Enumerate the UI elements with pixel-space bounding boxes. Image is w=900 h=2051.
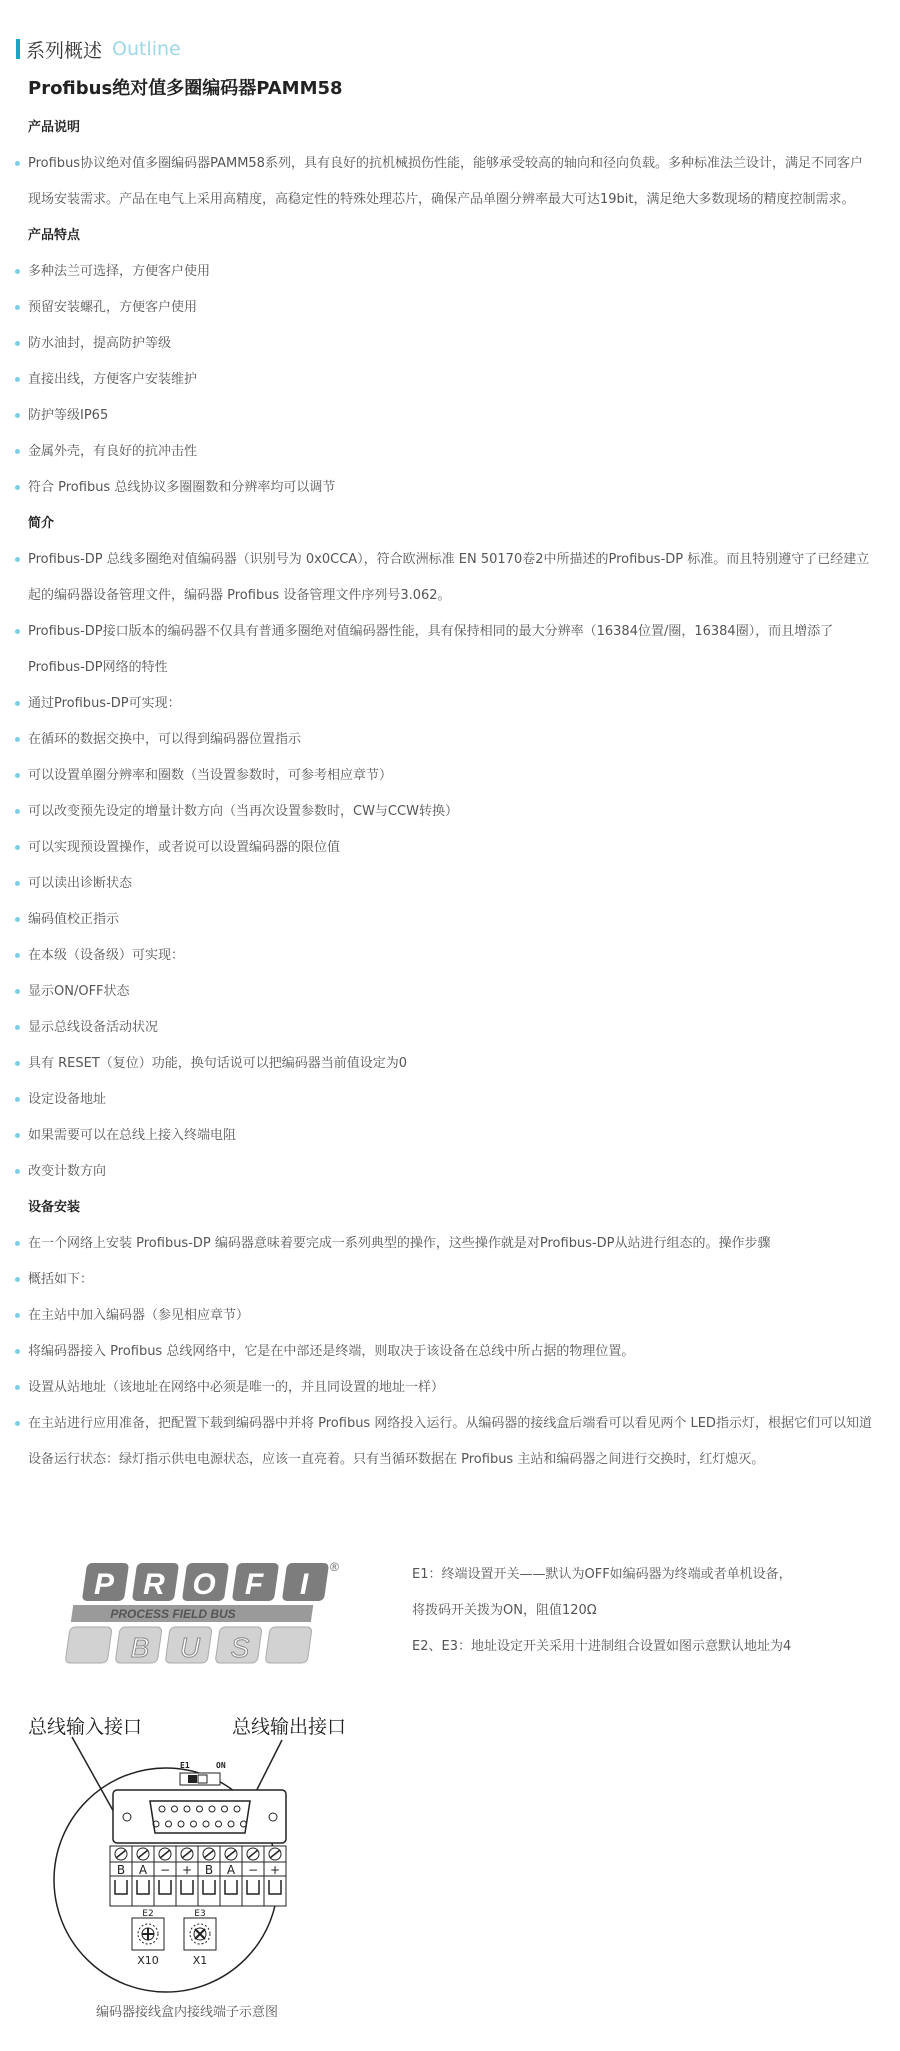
wiring-diagram: 总线输入接口 总线输出接口 E1 ON BA−+BA−+ E2X10E3X1 — [20, 1705, 360, 2005]
switch-notes: E1：终端设置开关——默认为OFF如编码器为终端或者单机设备，将拨码开关拨为ON… — [412, 1557, 882, 1665]
content-body: 产品说明Profibus协议绝对值多圈编码器PAMM58系列，具有良好的抗机械损… — [0, 110, 900, 1478]
bullet-icon — [15, 701, 20, 706]
svg-text:A: A — [139, 1863, 148, 1877]
svg-text:I: I — [300, 1568, 309, 1601]
svg-text:R: R — [143, 1568, 165, 1601]
bullet-icon — [15, 809, 20, 814]
bullet-icon — [15, 629, 20, 634]
list-item-text: 在循环的数据交换中，可以得到编码器位置指示 — [28, 732, 301, 747]
list-item-text: 显示总线设备活动状况 — [28, 1020, 158, 1035]
list-item: 通过Profibus-DP可实现： — [0, 686, 900, 722]
list-item-text: 防水油封，提高防护等级 — [28, 336, 171, 351]
svg-text:PROCESS FIELD BUS: PROCESS FIELD BUS — [110, 1607, 235, 1621]
section-header: 系列概述 Outline — [16, 36, 181, 62]
list-item: 在循环的数据交换中，可以得到编码器位置指示 — [0, 722, 900, 758]
bullet-icon — [15, 1277, 20, 1282]
bullet-icon — [15, 737, 20, 742]
diagram-caption: 编码器接线盒内接线端子示意图 — [96, 2001, 278, 2020]
bullet-icon — [15, 305, 20, 310]
list-item: 多种法兰可选择，方便客户使用 — [0, 254, 900, 290]
bullet-icon — [15, 1025, 20, 1030]
svg-text:−: − — [160, 1863, 170, 1877]
list-item-text: 将编码器接入 Profibus 总线网络中，它是在中部还是终端，则取决于该设备在… — [28, 1344, 634, 1359]
list-item: 设定设备地址 — [0, 1082, 900, 1118]
section-heading: 产品说明 — [0, 110, 900, 146]
list-item: 符合 Profibus 总线协议多圈圈数和分辨率均可以调节 — [0, 470, 900, 506]
bullet-icon — [15, 953, 20, 958]
list-item-text: 金属外壳，有良好的抗冲击性 — [28, 444, 197, 459]
list-item: 可以设置单圈分辨率和圈数（当设置参数时，可参考相应章节） — [0, 758, 900, 794]
list-item-text: 编码值校正指示 — [28, 912, 119, 927]
section-heading: 设备安装 — [0, 1190, 900, 1226]
bullet-icon — [15, 1169, 20, 1174]
list-item: 显示总线设备活动状况 — [0, 1010, 900, 1046]
bullet-icon — [15, 449, 20, 454]
svg-text:B: B — [131, 1632, 150, 1663]
bullet-icon — [15, 377, 20, 382]
list-item: 将编码器接入 Profibus 总线网络中，它是在中部还是终端，则取决于该设备在… — [0, 1334, 900, 1370]
list-item-text: 符合 Profibus 总线协议多圈圈数和分辨率均可以调节 — [28, 480, 335, 495]
bullet-icon — [15, 341, 20, 346]
list-item-text: Profibus协议绝对值多圈编码器PAMM58系列，具有良好的抗机械损伤性能，… — [28, 156, 863, 207]
list-item-text: 直接出线，方便客户安装维护 — [28, 372, 197, 387]
list-item: 设置从站地址（该地址在网络中必须是唯一的，并且同设置的地址一样） — [0, 1370, 900, 1406]
list-item-text: 如果需要可以在总线上接入终端电阻 — [28, 1128, 236, 1143]
list-item-text: 改变计数方向 — [28, 1164, 106, 1179]
svg-text:总线输入接口: 总线输入接口 — [28, 1716, 142, 1738]
bullet-icon — [15, 1061, 20, 1066]
list-item-text: 可以设置单圈分辨率和圈数（当设置参数时，可参考相应章节） — [28, 768, 392, 783]
bullet-icon — [15, 989, 20, 994]
bullet-icon — [15, 413, 20, 418]
svg-text:F: F — [245, 1568, 264, 1601]
svg-text:−: − — [248, 1863, 258, 1877]
bullet-icon — [15, 881, 20, 886]
list-item-text: 防护等级IP65 — [28, 408, 108, 423]
list-item: 显示ON/OFF状态 — [0, 974, 900, 1010]
section-heading: 简介 — [0, 506, 900, 542]
svg-text:B: B — [205, 1863, 213, 1877]
svg-text:®: ® — [330, 1560, 339, 1574]
section-title-en: Outline — [112, 38, 181, 60]
list-item-text: 显示ON/OFF状态 — [28, 984, 130, 999]
svg-text:P: P — [94, 1568, 115, 1601]
svg-text:S: S — [231, 1632, 250, 1663]
section-title-cn: 系列概述 — [26, 36, 102, 63]
svg-text:O: O — [192, 1568, 215, 1601]
bullet-icon — [15, 845, 20, 850]
list-item-text: 可以实现预设置操作，或者说可以设置编码器的限位值 — [28, 840, 340, 855]
list-item: 在本级（设备级）可实现： — [0, 938, 900, 974]
list-item-text: 可以读出诊断状态 — [28, 876, 132, 891]
note-line: 将拨码开关拨为ON，阻值120Ω — [412, 1593, 882, 1629]
list-item: Profibus-DP 总线多圈绝对值编码器（识别号为 0x0CCA），符合欧洲… — [0, 542, 900, 614]
list-item: 编码值校正指示 — [0, 902, 900, 938]
bullet-icon — [15, 161, 20, 166]
svg-text:B: B — [117, 1863, 125, 1877]
svg-text:+: + — [270, 1863, 280, 1877]
list-item: 防护等级IP65 — [0, 398, 900, 434]
svg-text:X10: X10 — [137, 1954, 159, 1967]
list-item: 在一个网络上安装 Profibus-DP 编码器意味着要完成一系列典型的操作，这… — [0, 1226, 900, 1262]
list-item: 可以改变预先设定的增量计数方向（当再次设置参数时，CW与CCW转换） — [0, 794, 900, 830]
bullet-icon — [15, 1097, 20, 1102]
svg-text:ON: ON — [216, 1761, 226, 1770]
list-item-text: 多种法兰可选择，方便客户使用 — [28, 264, 210, 279]
list-item-text: 在本级（设备级）可实现： — [28, 948, 184, 963]
bullet-icon — [15, 1241, 20, 1246]
list-item-text: 在一个网络上安装 Profibus-DP 编码器意味着要完成一系列典型的操作，这… — [28, 1236, 771, 1251]
list-item-text: 预留安装螺孔，方便客户使用 — [28, 300, 197, 315]
svg-text:U: U — [180, 1632, 201, 1663]
bullet-icon — [15, 773, 20, 778]
list-item: 金属外壳，有良好的抗冲击性 — [0, 434, 900, 470]
logo-and-notes: PROFI PROCESS FIELD BUS BUS ® E1：终端设置开关—… — [0, 1557, 900, 1687]
svg-text:+: + — [182, 1863, 192, 1877]
list-item: Profibus-DP接口版本的编码器不仅具有普通多圈绝对值编码器性能，具有保持… — [0, 614, 900, 686]
accent-bar — [16, 39, 20, 59]
list-item-text: 可以改变预先设定的增量计数方向（当再次设置参数时，CW与CCW转换） — [28, 804, 458, 819]
list-item: 在主站进行应用准备，把配置下载到编码器中并将 Profibus 网络投入运行。从… — [0, 1406, 900, 1478]
list-item-text: 通过Profibus-DP可实现： — [28, 696, 181, 711]
svg-text:X1: X1 — [193, 1954, 208, 1967]
list-item: 防水油封，提高防护等级 — [0, 326, 900, 362]
list-item: 概括如下： — [0, 1262, 900, 1298]
list-item: 具有 RESET（复位）功能，换句话说可以把编码器当前值设定为0 — [0, 1046, 900, 1082]
bullet-icon — [15, 1313, 20, 1318]
list-item: 可以实现预设置操作，或者说可以设置编码器的限位值 — [0, 830, 900, 866]
bullet-icon — [15, 1385, 20, 1390]
list-item: 改变计数方向 — [0, 1154, 900, 1190]
list-item: 可以读出诊断状态 — [0, 866, 900, 902]
bullet-icon — [15, 1349, 20, 1354]
list-item-text: 具有 RESET（复位）功能，换句话说可以把编码器当前值设定为0 — [28, 1056, 407, 1071]
list-item-text: Profibus-DP 总线多圈绝对值编码器（识别号为 0x0CCA），符合欧洲… — [28, 552, 869, 603]
note-line: E2、E3：地址设定开关采用十进制组合设置如图示意默认地址为4 — [412, 1629, 882, 1665]
list-item-text: 在主站中加入编码器（参见相应章节） — [28, 1308, 249, 1323]
list-item-text: 设定设备地址 — [28, 1092, 106, 1107]
list-item-text: 设置从站地址（该地址在网络中必须是唯一的，并且同设置的地址一样） — [28, 1380, 444, 1395]
note-line: E1：终端设置开关——默认为OFF如编码器为终端或者单机设备， — [412, 1557, 882, 1593]
bullet-icon — [15, 917, 20, 922]
list-item: 如果需要可以在总线上接入终端电阻 — [0, 1118, 900, 1154]
list-item: Profibus协议绝对值多圈编码器PAMM58系列，具有良好的抗机械损伤性能，… — [0, 146, 900, 218]
list-item: 直接出线，方便客户安装维护 — [0, 362, 900, 398]
svg-text:A: A — [227, 1863, 236, 1877]
bullet-icon — [15, 557, 20, 562]
bullet-icon — [15, 1133, 20, 1138]
product-title: Profibus绝对值多圈编码器PAMM58 — [28, 74, 343, 100]
bullet-icon — [15, 269, 20, 274]
section-heading: 产品特点 — [0, 218, 900, 254]
list-item: 在主站中加入编码器（参见相应章节） — [0, 1298, 900, 1334]
list-item: 预留安装螺孔，方便客户使用 — [0, 290, 900, 326]
list-item-text: Profibus-DP接口版本的编码器不仅具有普通多圈绝对值编码器性能，具有保持… — [28, 624, 833, 675]
svg-text:总线输出接口: 总线输出接口 — [232, 1716, 346, 1738]
profibus-logo: PROFI PROCESS FIELD BUS BUS ® — [58, 1557, 348, 1677]
bullet-icon — [15, 485, 20, 490]
list-item-text: 概括如下： — [28, 1272, 93, 1287]
list-item-text: 在主站进行应用准备，把配置下载到编码器中并将 Profibus 网络投入运行。从… — [28, 1416, 872, 1467]
bullet-icon — [15, 1421, 20, 1426]
svg-text:E1: E1 — [180, 1761, 190, 1770]
